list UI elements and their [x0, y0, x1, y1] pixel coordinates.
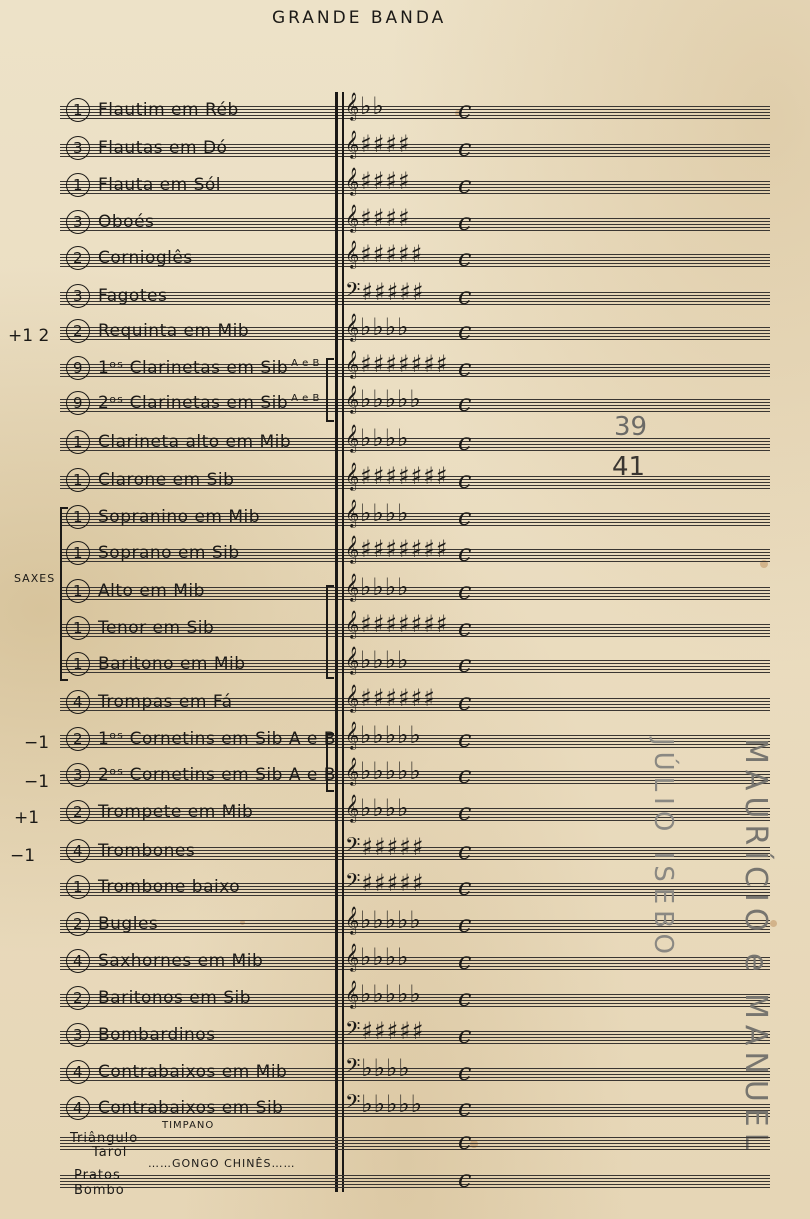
player-count: 1: [66, 652, 90, 676]
cornet-bracket: [326, 733, 334, 792]
key-signature: 𝄞♭♭♭♭: [345, 424, 409, 452]
instrument-label: 92ᵒˢ Clarinetas em SibA e B: [66, 391, 320, 415]
time-signature: c: [458, 650, 471, 678]
instrument-name: Trompas em Fá: [98, 692, 233, 712]
instrument-name: Soprano em Sib: [98, 543, 240, 563]
key-signature: 𝄞♭♭♭♭: [345, 313, 409, 341]
time-signature: c: [458, 428, 471, 456]
time-signature: c: [458, 208, 471, 236]
instrument-label: 91ᵒˢ Clarinetas em SibA e B: [66, 356, 320, 380]
time-signature: c: [458, 984, 471, 1012]
time-signature: c: [458, 761, 471, 789]
key-signature: 𝄞♭♭♭♭♭: [345, 721, 422, 749]
key-signature: 𝄢♯♯♯♯♯: [345, 278, 425, 306]
key-signature: 𝄞♯♯♯♯♯: [345, 240, 423, 268]
key-signature: 𝄞♭♭♭♭♭: [345, 906, 422, 934]
key-signature: 𝄢♯♯♯♯♯: [345, 833, 425, 861]
player-count: 4: [66, 949, 90, 973]
instrument-label: 3Flautas em Dó: [66, 136, 227, 160]
instrument-label: 1Soprano em Sib: [66, 541, 240, 565]
player-count: 9: [66, 356, 90, 380]
system-barline-thin: [342, 92, 344, 1192]
staff: [60, 218, 770, 232]
instrument-name: 2ᵒˢ Cornetins em Sib A e B: [98, 765, 336, 785]
instrument-label: 2Bugles: [66, 912, 158, 936]
player-count: 1: [66, 98, 90, 122]
time-signature: c: [458, 171, 471, 199]
time-signature: c: [458, 1058, 471, 1086]
gongo-label: ……GONGO CHINÊS……: [148, 1157, 295, 1170]
instrument-label: 3Oboés: [66, 210, 154, 234]
instrument-name: Trombones: [98, 841, 195, 861]
key-signature: 𝄞♯♯♯♯♯♯♯: [345, 350, 448, 378]
time-signature: c: [458, 466, 471, 494]
player-count: 1: [66, 505, 90, 529]
instrument-name: Trombone baixo: [98, 877, 240, 897]
instrument-variant: A e B: [291, 393, 320, 404]
percussion-staff-1: [60, 1137, 770, 1151]
instrument-label: 4Trompas em Fá: [66, 690, 233, 714]
instrument-name: Fagotes: [98, 286, 167, 306]
instrument-name: Baritonos em Sib: [98, 988, 251, 1008]
player-count: 1: [66, 468, 90, 492]
instrument-name: 1ᵒˢ Cornetins em Sib A e B: [98, 729, 336, 749]
time-signature: c: [458, 539, 471, 567]
player-count: 3: [66, 136, 90, 160]
player-count: 2: [66, 727, 90, 751]
score-title: GRANDE BANDA: [272, 8, 446, 28]
instrument-name: Requinta em Mib: [98, 321, 249, 341]
key-signature: 𝄞♭♭♭♭: [345, 794, 409, 822]
instrument-label: 3Bombardinos: [66, 1023, 216, 1047]
instrument-name: Cornioglês: [98, 248, 193, 268]
key-signature: 𝄢♭♭♭♭♭: [345, 1090, 423, 1118]
time-signature: c: [458, 134, 471, 162]
instrument-name: Flautas em Dó: [98, 138, 227, 158]
instrument-variant: A e B: [291, 358, 320, 369]
instrument-name: Baritono em Mib: [98, 654, 246, 674]
instrument-label: 1Alto em Mib: [66, 579, 205, 603]
margin-note-requinta: +1 2: [8, 326, 49, 346]
instrument-name: Oboés: [98, 212, 154, 232]
time-signature: c: [458, 577, 471, 605]
player-count: 1: [66, 875, 90, 899]
margin-note-cornetins2: −1: [24, 772, 49, 792]
key-signature: 𝄢♯♯♯♯♯: [345, 1017, 425, 1045]
instrument-label: 3Fagotes: [66, 284, 167, 308]
system-barline-thick: [335, 92, 338, 1192]
time-signature: c: [458, 282, 471, 310]
bombo-label: Bombo: [74, 1183, 125, 1198]
key-signature: 𝄞♭♭♭♭: [345, 646, 409, 674]
instrument-name: Flautim em Réb: [98, 100, 239, 120]
time-signature: c: [458, 873, 471, 901]
instrument-name: Sopranino em Mib: [98, 507, 260, 527]
instrument-label: 4Contrabaixos em Sib: [66, 1096, 283, 1120]
instrument-name: Bombardinos: [98, 1025, 216, 1045]
pencil-vertical-names: MAURÍCIO e MANUEL: [738, 738, 773, 1155]
timpano-label: TIMPANO: [162, 1120, 214, 1131]
player-count: 3: [66, 210, 90, 234]
instrument-label: 2Requinta em Mib: [66, 319, 249, 343]
instrument-label: 32ᵒˢ Cornetins em Sib A e B: [66, 763, 336, 787]
time-signature: c: [458, 354, 471, 382]
key-signature: 𝄢♭♭♭♭: [345, 1054, 411, 1082]
key-signature: 𝄞♭♭♭♭♭: [345, 385, 422, 413]
player-count: 3: [66, 1023, 90, 1047]
instrument-name: Contrabaixos em Mib: [98, 1062, 287, 1082]
saxes-bracket: [60, 507, 68, 681]
instrument-name: Tenor em Sib: [98, 618, 214, 638]
key-signature: 𝄞♯♯♯♯♯♯♯: [345, 462, 448, 490]
key-signature: 𝄞♭♭♭♭♭: [345, 980, 422, 1008]
instrument-label: 2Cornioglês: [66, 246, 193, 270]
instrument-label: 1Flauta em Sól: [66, 173, 221, 197]
player-count: 4: [66, 1060, 90, 1084]
instrument-name: Flauta em Sól: [98, 175, 221, 195]
margin-note-trombones: −1: [10, 846, 35, 866]
time-signature: c: [458, 317, 471, 345]
time-signature: c: [458, 725, 471, 753]
player-count: 9: [66, 391, 90, 415]
instrument-label: 2Trompete em Mib: [66, 800, 253, 824]
player-count: 4: [66, 690, 90, 714]
pencil-count-bottom: 41: [612, 452, 645, 482]
time-signature: c: [458, 614, 471, 642]
instrument-label: 1Sopranino em Mib: [66, 505, 260, 529]
instrument-name: Clarineta alto em Mib: [98, 432, 291, 452]
instrument-label: 1Flautim em Réb: [66, 98, 239, 122]
time-signature: c: [458, 1094, 471, 1122]
time-signature: c: [458, 503, 471, 531]
player-count: 3: [66, 284, 90, 308]
player-count: 1: [66, 579, 90, 603]
key-signature: 𝄞♭♭♭♭: [345, 943, 409, 971]
triangulo-label: Triângulo: [70, 1131, 138, 1146]
instrument-label: 1Trombone baixo: [66, 875, 240, 899]
key-signature: 𝄞♯♯♯♯: [345, 167, 411, 195]
time-signature: c: [458, 1021, 471, 1049]
margin-note-trompete: +1: [14, 808, 39, 828]
player-count: 4: [66, 839, 90, 863]
instrument-label: 21ᵒˢ Cornetins em Sib A e B: [66, 727, 336, 751]
key-signature: 𝄞♯♯♯♯♯♯♯: [345, 535, 448, 563]
player-count: 2: [66, 319, 90, 343]
key-signature: 𝄞♯♯♯♯: [345, 130, 411, 158]
instrument-label: 4Contrabaixos em Mib: [66, 1060, 287, 1084]
instrument-name: Alto em Mib: [98, 581, 205, 601]
key-signature: 𝄞♯♯♯♯: [345, 204, 411, 232]
player-count: 2: [66, 912, 90, 936]
time-signature: c: [458, 947, 471, 975]
instrument-label: 1Baritono em Mib: [66, 652, 246, 676]
time-signature: c: [458, 244, 471, 272]
instrument-name: 2ᵒˢ Clarinetas em Sib: [98, 393, 288, 413]
percussion-time-1: c: [458, 1127, 471, 1155]
player-count: 2: [66, 986, 90, 1010]
player-count: 1: [66, 430, 90, 454]
pencil-vertical-names-2: JÚLIO ISEBO: [648, 738, 678, 960]
key-signature: 𝄞♯♯♯♯♯♯: [345, 684, 436, 712]
key-signature: 𝄞♭♭: [345, 92, 385, 120]
instrument-name: Contrabaixos em Sib: [98, 1098, 283, 1118]
instrument-label: 4Saxhornes em Mib: [66, 949, 263, 973]
key-signature: 𝄞♯♯♯♯♯♯♯: [345, 610, 448, 638]
time-signature: c: [458, 688, 471, 716]
instrument-name: Bugles: [98, 914, 158, 934]
time-signature: c: [458, 389, 471, 417]
sax-bracket-right: [326, 585, 334, 679]
instrument-label: 1Clarineta alto em Mib: [66, 430, 291, 454]
time-signature: c: [458, 837, 471, 865]
key-signature: 𝄢♯♯♯♯♯: [345, 869, 425, 897]
player-count: 3: [66, 763, 90, 787]
saxes-label: SAXES: [14, 572, 55, 585]
instrument-name: Trompete em Mib: [98, 802, 253, 822]
player-count: 1: [66, 541, 90, 565]
instrument-label: 2Baritonos em Sib: [66, 986, 251, 1010]
tarol-label: Tarol: [92, 1145, 127, 1160]
instrument-label: 1Clarone em Sib: [66, 468, 234, 492]
player-count: 4: [66, 1096, 90, 1120]
instrument-name: Saxhornes em Mib: [98, 951, 263, 971]
instrument-name: Clarone em Sib: [98, 470, 234, 490]
key-signature: 𝄞♭♭♭♭♭: [345, 757, 422, 785]
player-count: 2: [66, 246, 90, 270]
key-signature: 𝄞♭♭♭♭: [345, 499, 409, 527]
time-signature: c: [458, 96, 471, 124]
pratos-label: Pratos: [74, 1168, 121, 1183]
instrument-name: 1ᵒˢ Clarinetas em Sib: [98, 358, 288, 378]
player-count: 1: [66, 173, 90, 197]
pencil-count-top: 39: [614, 412, 647, 442]
instrument-label: 1Tenor em Sib: [66, 616, 214, 640]
player-count: 2: [66, 800, 90, 824]
player-count: 1: [66, 616, 90, 640]
clarinet-bracket: [326, 358, 334, 422]
margin-note-cornetins1: −1: [24, 733, 49, 753]
percussion-staff-2: [60, 1175, 770, 1189]
key-signature: 𝄞♭♭♭♭: [345, 573, 409, 601]
time-signature: c: [458, 798, 471, 826]
time-signature: c: [458, 910, 471, 938]
percussion-time-2: c: [458, 1165, 471, 1193]
instrument-label: 4Trombones: [66, 839, 195, 863]
